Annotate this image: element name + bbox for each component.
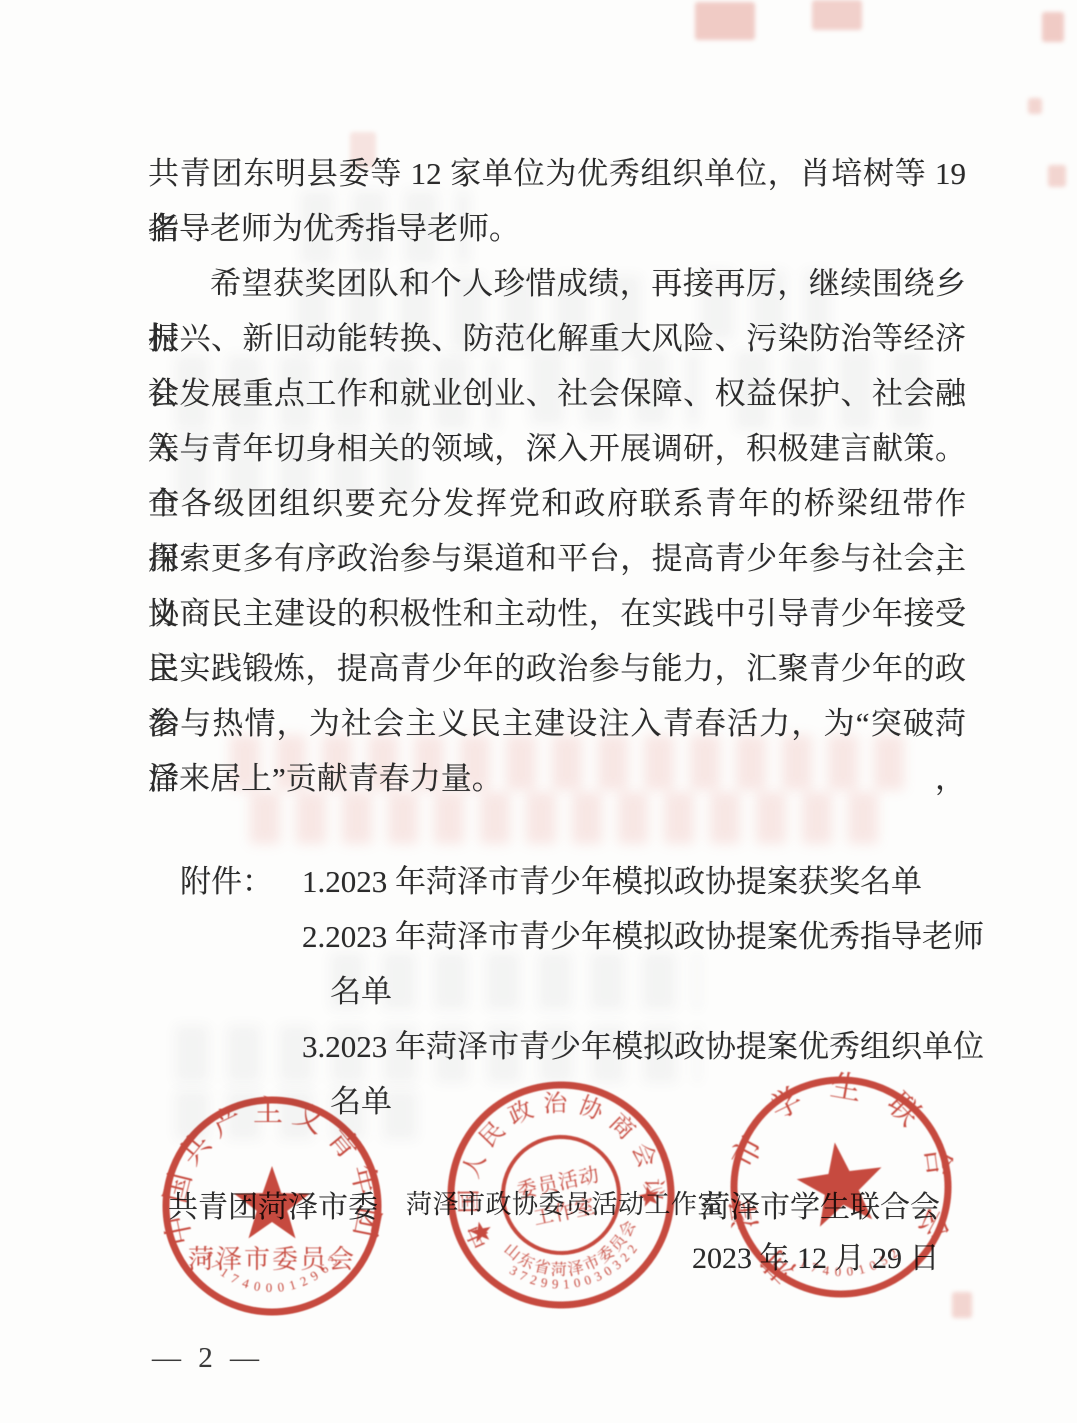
page-number: — 2 — bbox=[152, 1342, 264, 1375]
attachment-line: 附件：1.2023 年菏泽市青少年模拟政协提案获奖名单 bbox=[180, 854, 980, 909]
body-line: 等与青年切身相关的领域，深入开展调研，积极建言献策。全 bbox=[148, 421, 966, 476]
student-federation-seal: 菏泽市学生联合会 3717400105208 bbox=[711, 1057, 971, 1317]
document-body: 共青团东明县委等 12 家单位为优秀组织单位，肖培树等 19 名 指导老师为优秀… bbox=[148, 146, 966, 806]
body-line: 主实践锻炼，提高青少年的政治参与能力，汇聚青少年的政治 bbox=[148, 641, 966, 696]
attachment-item-continuation: 名单 bbox=[180, 964, 980, 1019]
star-icon bbox=[792, 1136, 888, 1229]
scanned-document-page: 共青团东明县委等 12 家单位为优秀组织单位，肖培树等 19 名 指导老师为优秀… bbox=[0, 0, 1077, 1423]
attachment-item: 2.2023 年菏泽市青少年模拟政协提案优秀指导老师 bbox=[180, 909, 980, 964]
body-line: 希望获奖团队和个人珍惜成绩，再接再厉，继续围绕乡村 bbox=[148, 256, 966, 311]
body-line: 会发展重点工作和就业创业、社会保障、权益保护、社会融入 bbox=[148, 366, 966, 421]
seal-center-text: 工作室 bbox=[531, 1194, 597, 1230]
body-line: 市各级团组织要充分发挥党和政府联系青年的桥梁纽带作用， bbox=[148, 476, 966, 531]
star-icon bbox=[234, 1166, 310, 1238]
attachment-item: 1.2023 年菏泽市青少年模拟政协提案获奖名单 bbox=[302, 864, 922, 899]
bleed-through-artifact bbox=[695, 2, 755, 40]
body-line: 探索更多有序政治参与渠道和平台，提高青少年参与社会主义 bbox=[148, 531, 966, 586]
bleed-through-artifact bbox=[1042, 12, 1064, 42]
cppcc-seal: 中国人民政治协商会议 山东省菏泽市委员会 委员活动 工作室 3729910030… bbox=[415, 1049, 707, 1341]
body-line: 指导老师为优秀指导老师。 bbox=[148, 201, 966, 256]
body-line: 振兴、新旧动能转换、防范化解重大风险、污染防治等经济社 bbox=[148, 311, 966, 366]
youth-league-seal: 中国共产主义青年团 菏泽市委员会 3717400012963 bbox=[158, 1092, 386, 1320]
attachments-label: 附件： bbox=[180, 854, 302, 909]
bleed-through-artifact bbox=[1048, 165, 1066, 187]
bleed-through-artifact bbox=[952, 1292, 972, 1318]
bleed-through-artifact bbox=[1028, 98, 1042, 114]
body-line: 协商民主建设的积极性和主动性，在实践中引导青少年接受民 bbox=[148, 586, 966, 641]
body-line: 共青团东明县委等 12 家单位为优秀组织单位，肖培树等 19 名 bbox=[148, 146, 966, 201]
bleed-through-artifact bbox=[812, 0, 862, 30]
body-line: 参与热情，为社会主义民主建设注入青春活力，为“突破菏泽， bbox=[148, 696, 966, 751]
